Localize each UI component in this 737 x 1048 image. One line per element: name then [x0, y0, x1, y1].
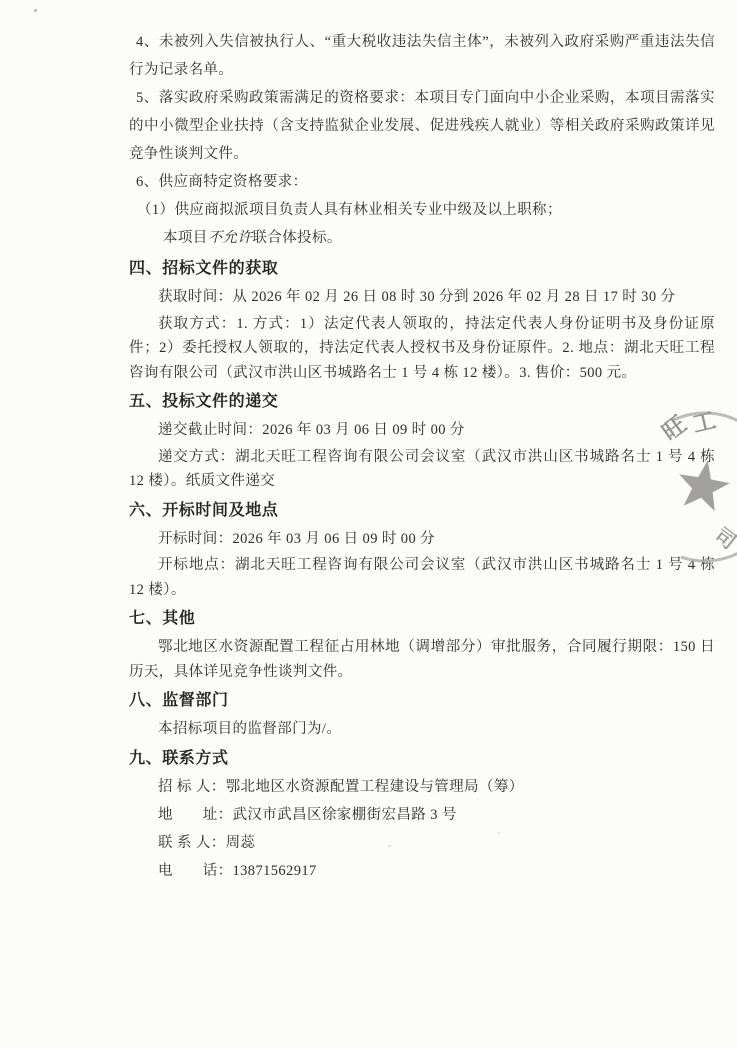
scanned-document-page: 4、未被列入失信被执行人、“重大税收违法失信主体”，未被列入政府采购严重违法失信… — [0, 0, 737, 1048]
contact-label-tenderer: 招 标 人： — [158, 779, 226, 795]
contact-label-phone: 电 话： — [158, 863, 233, 879]
section-heading-9-contact: 九、联系方式 — [129, 745, 715, 773]
contact-label-address: 地 址： — [158, 807, 233, 823]
section-heading-8-supervision: 八、监督部门 — [129, 687, 715, 715]
contact-value-phone: 13871562917 — [233, 863, 317, 879]
contact-value-address: 武汉市武昌区徐家棚街宏昌路 3 号 — [233, 807, 457, 823]
qualification-item-4: 4、未被列入失信被执行人、“重大税收违法失信主体”，未被列入政府采购严重违法失信… — [129, 28, 715, 84]
contact-row-person: 联 系 人：周蕊 — [129, 829, 715, 857]
company-seal-stamp: 旺 工 司 — [628, 392, 737, 592]
supervision-paragraph: 本招标项目的监督部门为/。 — [129, 717, 715, 742]
contact-label-person: 联 系 人： — [158, 835, 226, 851]
contact-row-tenderer: 招 标 人：鄂北地区水资源配置工程建设与管理局（筹） — [129, 773, 715, 801]
scan-speck — [34, 9, 37, 12]
seal-char-gong: 工 — [690, 407, 718, 438]
seal-star-icon — [679, 460, 730, 511]
seal-partial-char: 司 — [710, 523, 737, 553]
joint-bid-prefix: 本项目 — [163, 230, 208, 246]
qualification-item-6: 6、供应商特定资格要求： — [129, 168, 715, 196]
acquisition-time-paragraph: 获取时间：从 2026 年 02 月 26 日 08 时 30 分到 2026 … — [129, 285, 715, 310]
contact-value-tenderer: 鄂北地区水资源配置工程建设与管理局（筹） — [226, 779, 524, 795]
other-info-paragraph: 鄂北地区水资源配置工程征占用林地（调增部分）审批服务，合同履行期限：150 日历… — [129, 635, 715, 684]
contact-row-phone: 电 话：13871562917 — [129, 857, 715, 885]
section-heading-7-other: 七、其他 — [129, 605, 715, 633]
joint-bid-suffix: 联合体投标。 — [252, 230, 341, 246]
contact-row-address: 地 址：武汉市武昌区徐家棚街宏昌路 3 号 — [129, 801, 715, 829]
section-heading-4-document-acquisition: 四、招标文件的获取 — [129, 255, 715, 283]
acquisition-method-paragraph: 获取方式：1. 方式：1）法定代表人领取的，持法定代表人身份证明书及身份证原件；… — [129, 312, 715, 386]
contact-value-person: 周蕊 — [226, 835, 256, 851]
seal-graphic: 旺 工 司 — [628, 392, 737, 592]
qualification-item-5: 5、落实政府采购政策需满足的资格要求：本项目专门面向中小企业采购，本项目需落实的… — [129, 84, 715, 168]
joint-bid-statement: 本项目不允许联合体投标。 — [129, 224, 715, 252]
joint-bid-not-allowed: 不允许 — [208, 230, 253, 246]
qualification-subitem-1: （1）供应商拟派项目负责人具有林业相关专业中级及以上职称； — [129, 196, 715, 224]
